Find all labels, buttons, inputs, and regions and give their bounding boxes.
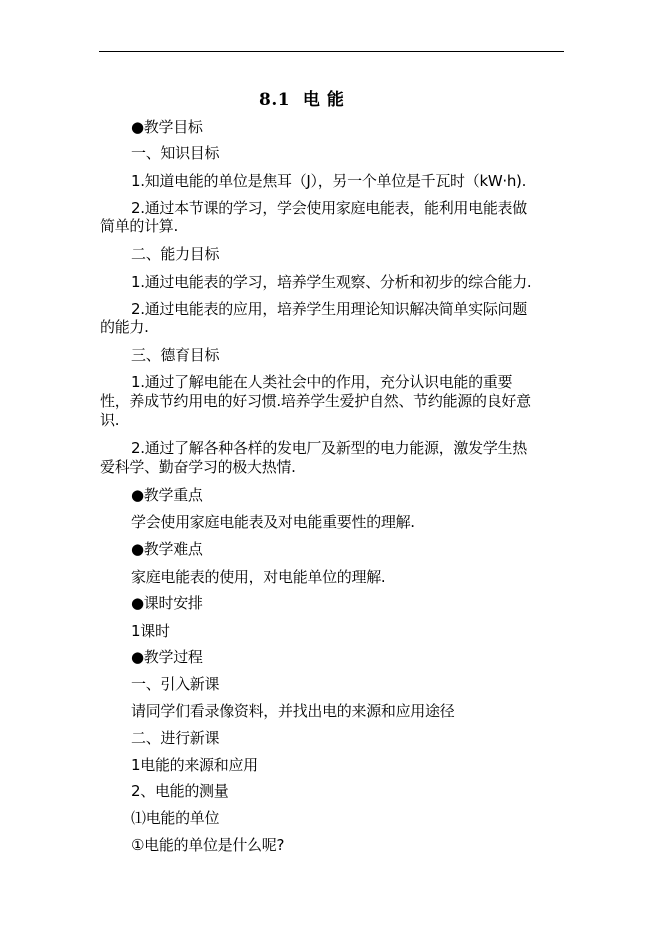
text-line: 家庭电能表的使用，对电能单位的理解. <box>131 568 385 586</box>
section-heading: ●教学难点 <box>131 540 203 558</box>
text-line: 2.通过电能表的应用，培养学生用理论知识解决简单实际问题 <box>131 300 527 318</box>
text-line: 1.知道电能的单位是焦耳（J），另一个单位是千瓦时（kW·h). <box>131 172 526 190</box>
text-line: 1.通过电能表的学习，培养学生观察、分析和初步的综合能力. <box>131 273 531 291</box>
text-line: 1.通过了解电能在人类社会中的作用，充分认识电能的重要 <box>131 373 512 391</box>
text-line: ①电能的单位是什么呢? <box>131 836 284 854</box>
section-heading: ●课时安排 <box>131 594 203 612</box>
text-line: 简单的计算. <box>100 217 178 235</box>
text-line: 三、德育目标 <box>131 346 219 364</box>
section-heading: ●教学重点 <box>131 486 203 504</box>
text-line: 二、进行新课 <box>131 729 219 747</box>
text-line: 一、引入新课 <box>131 675 219 693</box>
text-line: 1课时 <box>131 622 170 640</box>
text-line: 的能力. <box>100 318 149 336</box>
text-line: 2、电能的测量 <box>131 782 228 800</box>
text-line: 2.通过本节课的学习，学会使用家庭电能表，能利用电能表做 <box>131 199 527 217</box>
text-line: 爱科学、勤奋学习的极大热情. <box>100 458 296 476</box>
text-line: 性，养成节约用电的好习惯.培养学生爱护自然、节约能源的良好意 <box>100 392 531 410</box>
section-heading: ●教学目标 <box>131 118 203 136</box>
section-heading: ●教学过程 <box>131 648 203 666</box>
text-line: 1电能的来源和应用 <box>131 756 258 774</box>
header-rule <box>99 51 564 52</box>
text-line: 识. <box>100 411 119 429</box>
text-line: 学会使用家庭电能表及对电能重要性的理解. <box>131 513 415 531</box>
text-line: 请同学们看录像资料，并找出电的来源和应用途径 <box>131 702 454 720</box>
text-line: ⑴电能的单位 <box>131 809 219 827</box>
page-title: 8.1 电 能 <box>259 89 344 111</box>
text-line: 2.通过了解各种各样的发电厂及新型的电力能源，激发学生热 <box>131 439 527 457</box>
text-line: 二、能力目标 <box>131 245 219 263</box>
text-line: 一、知识目标 <box>131 144 219 162</box>
